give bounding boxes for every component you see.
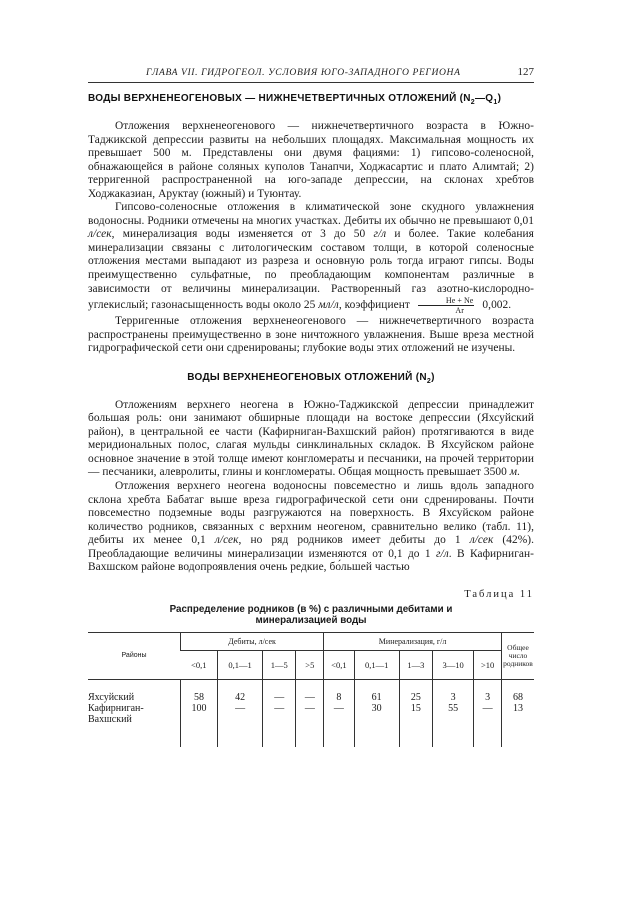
table-cell: 42— xyxy=(218,679,263,747)
paragraph: Отложения верхнего неогена водоносны пов… xyxy=(88,480,534,575)
table-row: ЯхсуйскийКафирниган-Вахшский5810042—————… xyxy=(88,679,534,747)
header-debit-range: 0,1—1 xyxy=(218,650,263,679)
table-cell: 355 xyxy=(433,679,474,747)
running-head: ГЛАВА VII. ГИДРОГЕОЛ. УСЛОВИЯ ЮГО-ЗАПАДН… xyxy=(88,66,534,83)
header-debit-range: <0,1 xyxy=(181,650,218,679)
page-number: 127 xyxy=(518,66,535,78)
table-cell: 3— xyxy=(474,679,502,747)
table-title: Распределение родников (в %) с различным… xyxy=(88,604,534,626)
table-cell: 2515 xyxy=(399,679,432,747)
section-heading-n2-q1: ВОДЫ ВЕРХНЕНЕОГЕНОВЫХ — НИЖНЕЧЕТВЕРТИЧНЫ… xyxy=(88,93,534,106)
paragraph: Отложениям верхнего неогена в Южно-Таджи… xyxy=(88,399,534,480)
table-cell: —— xyxy=(263,679,296,747)
header-mineralization: Минерализация, г/л xyxy=(324,632,502,650)
gas-ratio-fraction: He + NeAr xyxy=(418,296,475,315)
paragraph: Терригенные отложения верхненеогенового … xyxy=(88,315,534,356)
header-mineral-range: 3—10 xyxy=(433,650,474,679)
header-mineral-range: <0,1 xyxy=(324,650,354,679)
section-heading-n2: ВОДЫ ВЕРХНЕНЕОГЕНОВЫХ ОТЛОЖЕНИЙ (N2) xyxy=(88,372,534,385)
header-debit: Дебиты, л/сек xyxy=(181,632,324,650)
region-names: ЯхсуйскийКафирниган-Вахшский xyxy=(88,679,181,747)
paragraph: Гипсово-соленосные отложения в климатиче… xyxy=(88,201,534,315)
table-label: Таблица 11 xyxy=(88,589,534,600)
table-cell: 58100 xyxy=(181,679,218,747)
table-cell: 6813 xyxy=(502,679,535,747)
header-mineral-range: 1—3 xyxy=(399,650,432,679)
paragraph: Отложения верхненеогенового — нижнечетве… xyxy=(88,120,534,201)
header-total: Общее число родников xyxy=(502,632,535,679)
header-mineral-range: 0,1—1 xyxy=(354,650,399,679)
springs-distribution-table: Районы Дебиты, л/сек Минерализация, г/л … xyxy=(88,632,534,747)
header-debit-range: 1—5 xyxy=(263,650,296,679)
header-debit-range: >5 xyxy=(296,650,324,679)
chapter-title: ГЛАВА VII. ГИДРОГЕОЛ. УСЛОВИЯ ЮГО-ЗАПАДН… xyxy=(146,67,461,78)
book-page: ГЛАВА VII. ГИДРОГЕОЛ. УСЛОВИЯ ЮГО-ЗАПАДН… xyxy=(88,66,534,747)
header-mineral-range: >10 xyxy=(474,650,502,679)
table-cell: 8— xyxy=(324,679,354,747)
table-cell: 6130 xyxy=(354,679,399,747)
table-cell: —— xyxy=(296,679,324,747)
header-region: Районы xyxy=(88,632,181,679)
